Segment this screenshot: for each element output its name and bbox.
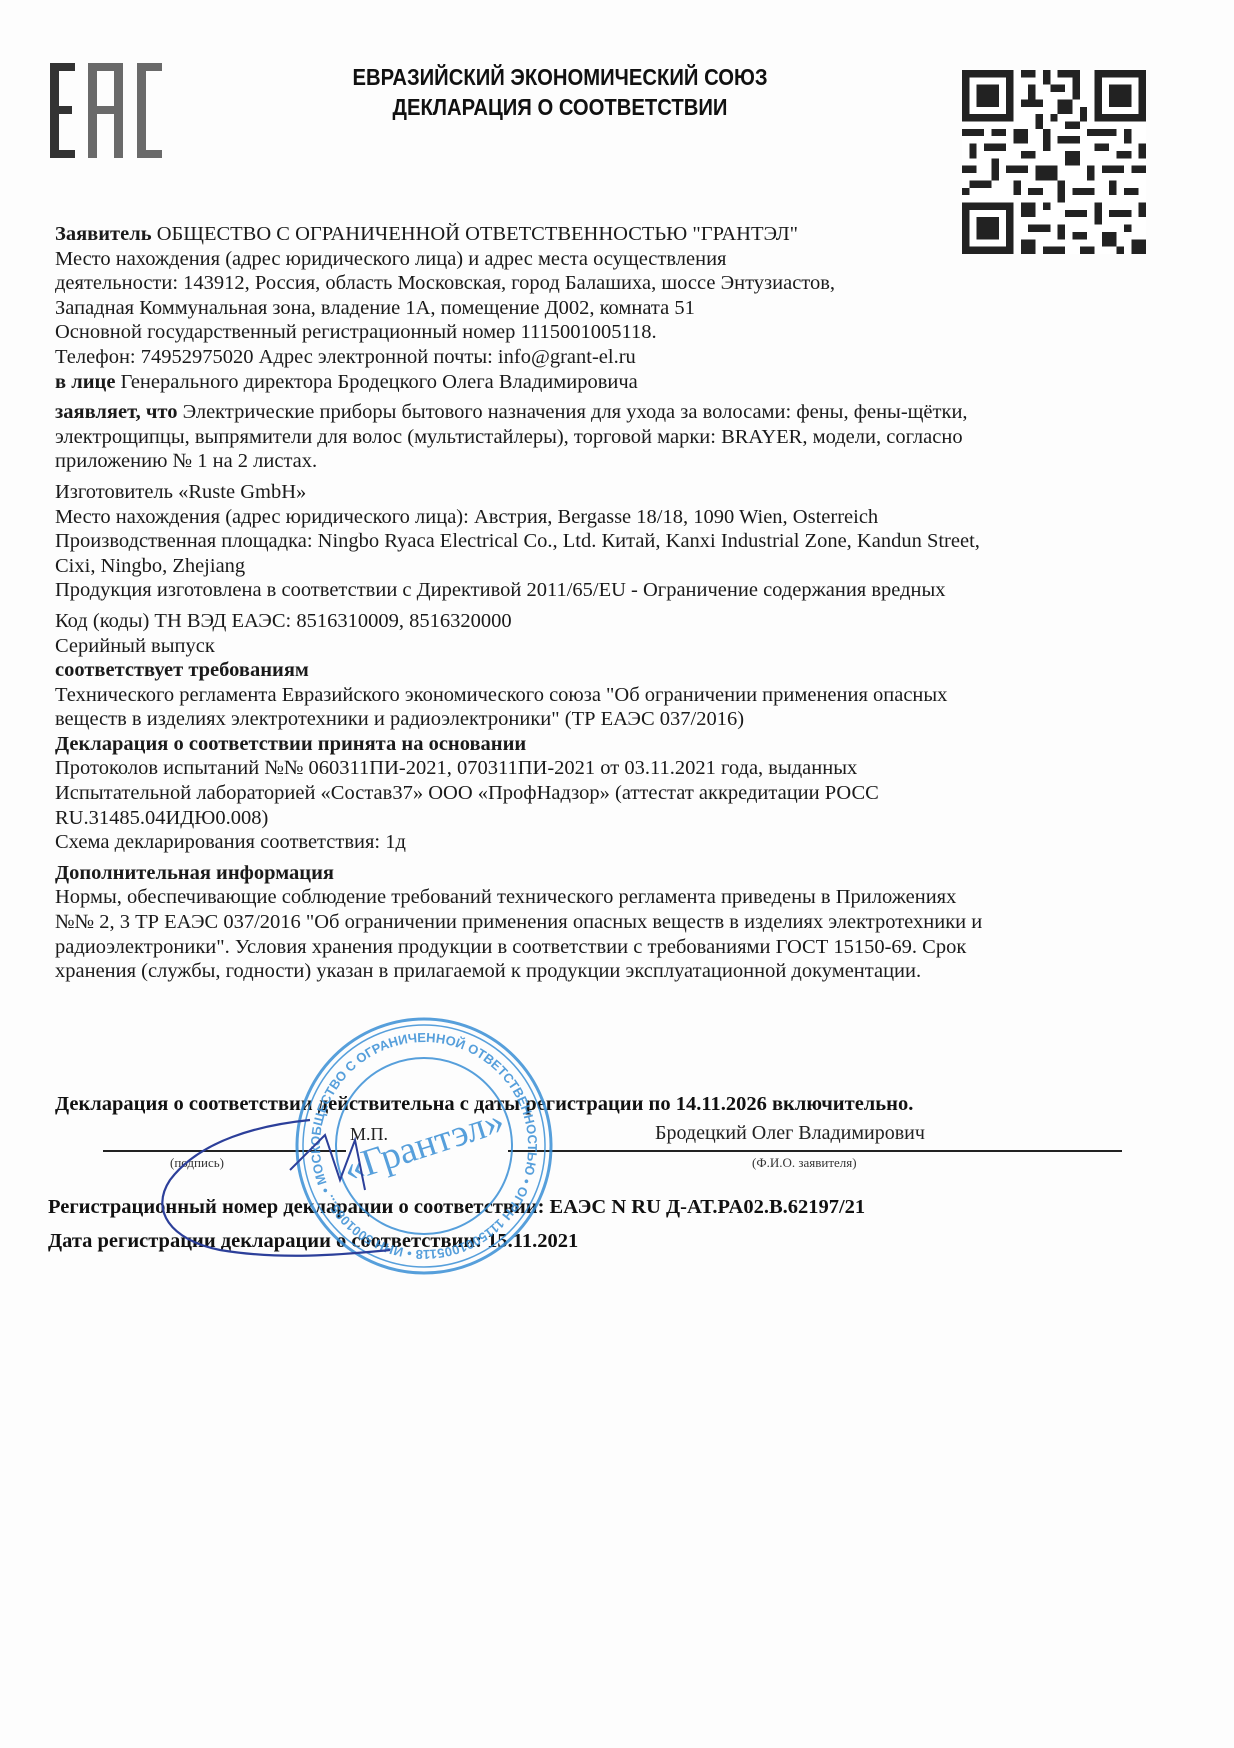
applicant-address-3: Западная Коммунальная зона, владение 1А,… bbox=[55, 296, 1135, 321]
signer-name: Бродецкий Олег Владимирович bbox=[655, 1122, 925, 1145]
name-line bbox=[508, 1150, 1122, 1152]
applicant-ogrn: Основной государственный регистрационный… bbox=[55, 320, 1135, 345]
document-title: ЕВРАЗИЙСКИЙ ЭКОНОМИЧЕСКИЙ СОЮЗ ДЕКЛАРАЦИ… bbox=[287, 62, 833, 122]
applicant-label: Заявитель bbox=[55, 223, 152, 245]
compliance-heading: соответствует требованиям bbox=[55, 658, 1135, 683]
declaration-scheme: Схема декларирования соответствия: 1д bbox=[55, 830, 1135, 855]
product-line-2: электрощипцы, выпрямители для волос (мул… bbox=[55, 425, 1135, 450]
additional-line-3: радиоэлектроники". Условия хранения прод… bbox=[55, 935, 1135, 960]
compliance-line-1: Технического регламента Евразийского эко… bbox=[55, 683, 1135, 708]
basis-line-2: Испытательной лабораторией «Состав37» ОО… bbox=[55, 781, 1135, 806]
basis-heading: Декларация о соответствии принята на осн… bbox=[55, 732, 1135, 757]
manufacturer-address: Место нахождения (адрес юридического лиц… bbox=[55, 505, 1135, 530]
additional-heading: Дополнительная информация bbox=[55, 861, 1135, 886]
additional-line-1: Нормы, обеспечивающие соблюдение требова… bbox=[55, 885, 1135, 910]
compliance-label: соответствует требованиям bbox=[55, 659, 309, 681]
representative-name: Генерального директора Бродецкого Олега … bbox=[121, 371, 638, 393]
additional-line-4: хранения (службы, годности) указан в при… bbox=[55, 959, 1135, 984]
basis-line-1: Протоколов испытаний №№ 060311ПИ-2021, 0… bbox=[55, 756, 1135, 781]
product-line-3: приложению № 1 на 2 листах. bbox=[55, 449, 1135, 474]
additional-line-2: №№ 2, 3 ТР ЕАЭС 037/2016 "Об ограничении… bbox=[55, 910, 1135, 935]
declares-label: заявляет, что bbox=[55, 401, 177, 423]
production-site-1: Производственная площадка: Ningbo Ryaca … bbox=[55, 529, 1135, 554]
title-declaration: ДЕКЛАРАЦИЯ О СООТВЕТСТВИИ bbox=[287, 92, 833, 122]
representative-label: в лице bbox=[55, 371, 115, 393]
compliance-line-2: веществ в изделиях электротехники и ради… bbox=[55, 707, 1135, 732]
release-type: Серийный выпуск bbox=[55, 634, 1135, 659]
additional-label: Дополнительная информация bbox=[55, 862, 334, 884]
applicant-address-2: деятельности: 143912, Россия, область Мо… bbox=[55, 271, 1135, 296]
signature-scribble-icon bbox=[140, 1110, 400, 1260]
manufacturer: Изготовитель «Ruste GmbH» bbox=[55, 480, 1135, 505]
title-union: ЕВРАЗИЙСКИЙ ЭКОНОМИЧЕСКИЙ СОЮЗ bbox=[287, 62, 833, 92]
applicant-address-1: Место нахождения (адрес юридического лиц… bbox=[55, 247, 1135, 272]
declaration-page: ЕВРАЗИЙСКИЙ ЭКОНОМИЧЕСКИЙ СОЮЗ ДЕКЛАРАЦИ… bbox=[0, 0, 1234, 1748]
product-line-1: Электрические приборы бытового назначени… bbox=[183, 401, 968, 423]
applicant-line: Заявитель ОБЩЕСТВО С ОГРАНИЧЕННОЙ ОТВЕТС… bbox=[55, 222, 1135, 247]
name-caption: (Ф.И.О. заявителя) bbox=[752, 1155, 857, 1171]
eac-logo bbox=[50, 63, 165, 158]
production-site-2: Cixi, Ningbo, Zhejiang bbox=[55, 554, 1135, 579]
directive: Продукция изготовлена в соответствии с Д… bbox=[55, 578, 1135, 603]
applicant-contacts: Телефон: 74952975020 Адрес электронной п… bbox=[55, 345, 1135, 370]
tn-ved-codes: Код (коды) ТН ВЭД ЕАЭС: 8516310009, 8516… bbox=[55, 609, 1135, 634]
representative-line: в лице Генерального директора Бродецкого… bbox=[55, 370, 1135, 395]
basis-label: Декларация о соответствии принята на осн… bbox=[55, 733, 526, 755]
basis-line-3: RU.31485.04ИДЮ0.008) bbox=[55, 806, 1135, 831]
applicant-name: ОБЩЕСТВО С ОГРАНИЧЕННОЙ ОТВЕТСТВЕННОСТЬЮ… bbox=[157, 223, 798, 245]
declaration-body: Заявитель ОБЩЕСТВО С ОГРАНИЧЕННОЙ ОТВЕТС… bbox=[55, 222, 1135, 984]
declares-line: заявляет, что Электрические приборы быто… bbox=[55, 400, 1135, 425]
